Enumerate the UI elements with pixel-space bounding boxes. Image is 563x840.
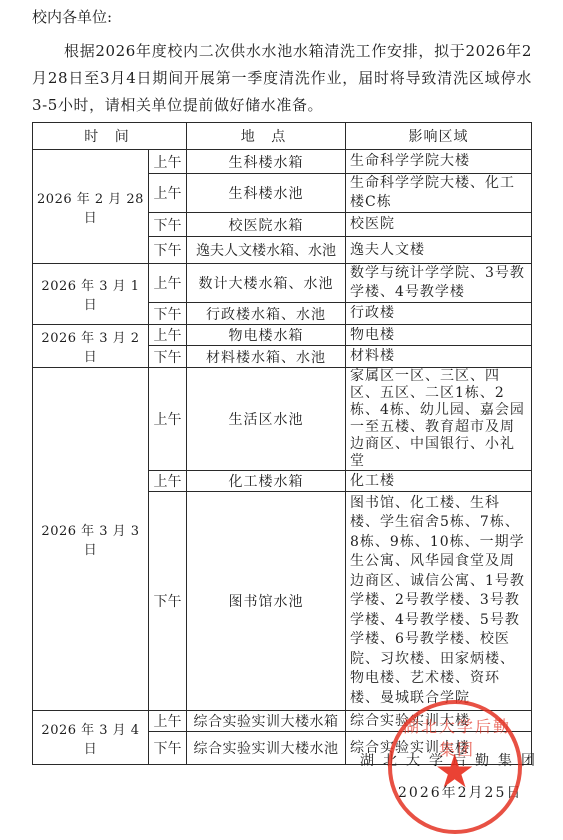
location-cell: 物电楼水箱 (187, 325, 346, 346)
header-location: 地 点 (187, 123, 346, 150)
signature-date: 2026年2月25日 (398, 782, 522, 802)
table-row: 2026 年 3 月 4 日 上午 综合实验实训大楼水箱 综合实验实训大楼 (33, 711, 532, 732)
affected-cell: 材料楼 (346, 346, 532, 368)
date-cell: 2026 年 3 月 3 日 (33, 368, 149, 711)
table-row: 2026 年 3 月 2 日 上午 物电楼水箱 物电楼 (33, 325, 532, 346)
period-cell: 下午 (149, 237, 187, 264)
period-cell: 下午 (149, 346, 187, 368)
table-header-row: 时 间 地 点 影响区域 (33, 123, 532, 150)
period-cell: 下午 (149, 303, 187, 325)
location-cell: 行政楼水箱、水池 (187, 303, 346, 325)
period-cell: 下午 (149, 492, 187, 711)
affected-cell: 家属区一区、三区、四区、五区、二区1栋、2栋、4栋、幼儿园、嘉会园一至五楼、教育… (346, 368, 532, 471)
affected-cell: 综合实验实训大楼 (346, 711, 532, 732)
period-cell: 上午 (149, 471, 187, 492)
date-cell: 2026 年 2 月 28 日 (33, 150, 149, 264)
affected-cell: 化工楼 (346, 471, 532, 492)
period-cell: 上午 (149, 174, 187, 213)
affected-cell: 图书馆、化工楼、生科楼、学生宿舍5栋、7栋、8栋、9栋、10栋、一期学生公寓、风… (346, 492, 532, 711)
location-cell: 生科楼水池 (187, 174, 346, 213)
affected-cell: 行政楼 (346, 303, 532, 325)
location-cell: 材料楼水箱、水池 (187, 346, 346, 368)
table-row: 2026 年 3 月 1 日 上午 数计大楼水箱、水池 数学与统计学学院、3号教… (33, 264, 532, 303)
header-time: 时 间 (33, 123, 187, 150)
period-cell: 上午 (149, 368, 187, 471)
date-cell: 2026 年 3 月 4 日 (33, 711, 149, 765)
period-cell: 上午 (149, 150, 187, 174)
table-row: 2026 年 3 月 3 日 上午 生活区水池 家属区一区、三区、四区、五区、二… (33, 368, 532, 471)
cleaning-schedule-table: 时 间 地 点 影响区域 2026 年 2 月 28 日 上午 生科楼水箱 生命… (32, 122, 532, 765)
location-cell: 生科楼水箱 (187, 150, 346, 174)
period-cell: 下午 (149, 732, 187, 765)
location-cell: 逸夫人文楼水箱、水池 (187, 237, 346, 264)
location-cell: 图书馆水池 (187, 492, 346, 711)
location-cell: 校医院水箱 (187, 213, 346, 237)
intro-paragraph: 根据2026年度校内二次供水水池水箱清洗工作安排，拟于2026年2月28日至3月… (32, 38, 532, 119)
signature-org: 湖北大学后勤集团 (360, 750, 544, 770)
date-cell: 2026 年 3 月 2 日 (33, 325, 149, 368)
header-affected: 影响区域 (346, 123, 532, 150)
period-cell: 上午 (149, 264, 187, 303)
location-cell: 生活区水池 (187, 368, 346, 471)
salutation: 校内各单位: (32, 6, 112, 28)
affected-cell: 生命科学学院大楼 (346, 150, 532, 174)
table-row: 2026 年 2 月 28 日 上午 生科楼水箱 生命科学学院大楼 (33, 150, 532, 174)
affected-cell: 逸夫人文楼 (346, 237, 532, 264)
period-cell: 下午 (149, 213, 187, 237)
location-cell: 综合实验实训大楼水箱 (187, 711, 346, 732)
affected-cell: 校医院 (346, 213, 532, 237)
affected-cell: 数学与统计学学院、3号教学楼、4号教学楼 (346, 264, 532, 303)
affected-cell: 生命科学学院大楼、化工楼C栋 (346, 174, 532, 213)
period-cell: 上午 (149, 325, 187, 346)
affected-cell: 物电楼 (346, 325, 532, 346)
location-cell: 数计大楼水箱、水池 (187, 264, 346, 303)
period-cell: 上午 (149, 711, 187, 732)
date-cell: 2026 年 3 月 1 日 (33, 264, 149, 325)
location-cell: 化工楼水箱 (187, 471, 346, 492)
location-cell: 综合实验实训大楼水池 (187, 732, 346, 765)
